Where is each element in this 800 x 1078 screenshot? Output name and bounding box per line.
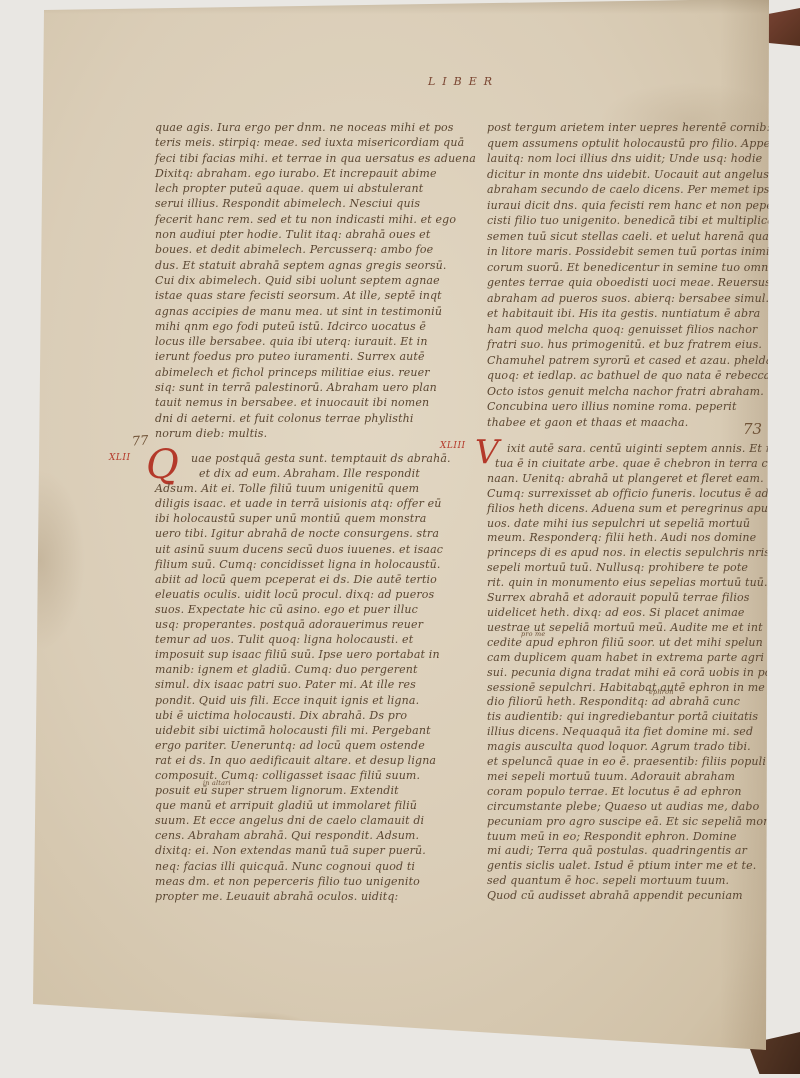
text-line: uae postquā gesta sunt. temptauit ds abr… — [155, 451, 440, 466]
text-line: composuit. Cumq: colligasset isaac filiū… — [155, 768, 440, 783]
text-line: pecuniam pro agro suscipe eā. Et sic sep… — [487, 815, 767, 830]
text-line: que manū et arripuit gladiū ut immolaret… — [155, 798, 440, 813]
text-line: boues. et dedit abimelech. Percusserq: a… — [155, 242, 440, 257]
text-line: ham quod melcha quoq: genuisset filios n… — [487, 322, 767, 338]
text-line: feci tibi facias mihi. et terrae in qua … — [155, 151, 440, 166]
text-line: semen tuū sicut stellas caeli. et uelut … — [487, 229, 767, 245]
text-line: thabee et gaon et thaas et maacha. — [487, 415, 767, 431]
text-line: ubi ē uictima holocausti. Dix abrahā. Ds… — [155, 708, 440, 723]
text-line: cisti filio tuo unigenito. benedicā tibi… — [487, 213, 767, 229]
text-line: cam duplicem quam habet in extrema parte… — [487, 651, 767, 666]
text-line: siq: sunt in terrā palestinorū. Abraham … — [155, 380, 440, 395]
text-line: meas dm. et non peperceris filio tuo uni… — [155, 874, 440, 889]
text-line: mihi qnm ego fodi puteū istū. Idcirco uo… — [155, 319, 440, 334]
text-line: uos. date mihi ius sepulchri ut sepeliā … — [487, 517, 767, 532]
text-line: ibi holocaustū super unū montiū quem mon… — [155, 511, 440, 526]
text-line: abiit ad locū quem pceperat ei ds. Die a… — [155, 572, 440, 587]
text-line: dixitq: ei. Non extendas manū tuā super … — [155, 843, 440, 858]
segment-genesis-22: uae postquā gesta sunt. temptauit ds abr… — [155, 451, 440, 904]
text-line: istae quas stare fecisti seorsum. At ill… — [155, 288, 440, 303]
text-line: Chamuhel patrem syrorū et cased et azau.… — [487, 353, 767, 369]
text-line: agnas accipies de manu mea. ut sint in t… — [155, 304, 440, 319]
text-line: illius dicens. Nequaquā ita fiet domine … — [487, 725, 767, 740]
segment-genesis-22-end: post tergum arietem inter uepres herentē… — [487, 120, 767, 430]
text-line: meum. Responderq: filii heth. Audi nos d… — [487, 531, 767, 546]
text-line: ergo pariter. Ueneruntq: ad locū quem os… — [155, 738, 440, 753]
text-line: usq: properantes. postquā adorauerimus r… — [155, 617, 440, 632]
text-line: tis audientib: qui ingrediebantur portā … — [487, 710, 767, 725]
manuscript-photo: { "photo": { "running_title": "LIBER", "… — [0, 0, 800, 1078]
text-line: dni di aeterni. et fuit colonus terrae p… — [155, 411, 440, 426]
text-line: Cumq: surrexisset ab officio funeris. lo… — [487, 487, 767, 502]
text-line: ixit autē sara. centū uiginti septem ann… — [487, 442, 767, 457]
text-line: filios heth dicens. Aduena sum et peregr… — [487, 502, 767, 517]
text-line: dicitur in monte dns uidebit. Uocauit au… — [487, 167, 767, 183]
text-line: sessionē sepulchri. Habitabat autē ephro… — [487, 681, 767, 696]
text-line: dio filiorū heth. Responditq: ad abrahā … — [487, 695, 767, 710]
text-line: locus ille bersabee. quia ibi uterq: iur… — [155, 334, 440, 349]
text-line: serui illius. Respondit abimelech. Nesci… — [155, 196, 440, 211]
text-line: princeps di es apud nos. in electis sepu… — [487, 546, 767, 561]
text-line: Octo istos genuit melcha nachor fratri a… — [487, 384, 767, 400]
text-line: sepeli mortuū tuū. Nullusq: prohibere te… — [487, 561, 767, 576]
text-line: suos. Expectate hic cū asino. ego et pue… — [155, 602, 440, 617]
text-line: quae agis. Iura ergo per dnm. ne noceas … — [155, 120, 440, 135]
text-line: ierunt foedus pro puteo iuramenti. Surre… — [155, 349, 440, 364]
chapter-number-left: XLII — [109, 453, 131, 463]
text-line: in litore maris. Possidebit semen tuū po… — [487, 244, 767, 260]
text-line: uero tibi. Igitur abrahā de nocte consur… — [155, 526, 440, 541]
text-line: Surrex abrahā et adorauit populū terrae … — [487, 591, 767, 606]
manuscript-page: LIBER 77 XLII XLIII 73 xl Q V in altari … — [0, 0, 800, 1078]
text-line: sed quantum ē hoc. sepeli mortuum tuum. — [487, 874, 767, 889]
chapter-number-right: XLIII — [440, 441, 466, 451]
text-line: propter me. Leuauit abrahā oculos. uidit… — [155, 889, 440, 904]
text-line: tua ē in ciuitate arbe. quae ē chebron i… — [487, 457, 767, 472]
running-title: LIBER — [428, 75, 499, 88]
text-line: abraham ad pueros suos. abierq: bersabee… — [487, 291, 767, 307]
text-line: filium suū. Cumq: concidisset ligna in h… — [155, 557, 440, 572]
text-line: corum suorū. Et benedicentur in semine t… — [487, 260, 767, 276]
text-line: rat ei ds. In quo aedificauit altare. et… — [155, 753, 440, 768]
text-line: Dixitq: abraham. ego iurabo. Et increpau… — [155, 166, 440, 181]
text-line: suum. Et ecce angelus dni de caelo clama… — [155, 813, 440, 828]
text-line: magis ausculta quod loquor. Agrum trado … — [487, 740, 767, 755]
text-line: gentis siclis ualet. Istud ē ptium inter… — [487, 859, 767, 874]
text-line: abimelech et fichol princeps militiae ei… — [155, 365, 440, 380]
text-line: naan. Uenitq: abrahā ut plangeret et fle… — [487, 472, 767, 487]
text-line: posuit eū super struem lignorum. Extendi… — [155, 783, 440, 798]
text-line: uidelicet heth. dixq: ad eos. Si placet … — [487, 606, 767, 621]
text-line: cedite apud ephron filiū soor. ut det mi… — [487, 636, 767, 651]
text-line: circumstante plebe; Quaeso ut audias me,… — [487, 800, 767, 815]
text-line: manib: ignem et gladiū. Cumq: duo perger… — [155, 662, 440, 677]
text-line: norum dieb: multis. — [155, 426, 440, 441]
segment-genesis-23: ixit autē sara. centū uiginti septem ann… — [487, 442, 767, 904]
text-line: Concubina uero illius nomine roma. peper… — [487, 399, 767, 415]
text-line: mi audi; Terra quā postulas. quadringent… — [487, 844, 767, 859]
text-line: non audiui pter hodie. Tulit itaq: abrah… — [155, 227, 440, 242]
text-line: temur ad uos. Tulit quoq: ligna holocaus… — [155, 632, 440, 647]
text-line: uidebit sibi uictimā holocausti fili mi.… — [155, 723, 440, 738]
text-line: simul. dix isaac patri suo. Pater mi. At… — [155, 677, 440, 692]
text-line: Quod cū audisset abrahā appendit pecunia… — [487, 889, 767, 904]
text-line: fratri suo. hus primogenitū. et buz frat… — [487, 337, 767, 353]
text-line: iuraui dicit dns. quia fecisti rem hanc … — [487, 198, 767, 214]
text-line: mei sepeli mortuū tuum. Adorauit abraham — [487, 770, 767, 785]
text-line: neq: facias illi quicquā. Nunc cognoui q… — [155, 859, 440, 874]
text-line: teris meis. stirpiq: meae. sed iuxta mis… — [155, 135, 440, 150]
text-line: et dix ad eum. Abraham. Ille respondit — [155, 466, 440, 481]
text-line: sui. pecunia digna tradat mihi eā corā u… — [487, 666, 767, 681]
text-line: Cui dix abimelech. Quid sibi uolunt sept… — [155, 273, 440, 288]
text-line: gentes terrae quia oboedisti uoci meae. … — [487, 275, 767, 291]
text-line: fecerit hanc rem. sed et tu non indicast… — [155, 212, 440, 227]
text-line: quem assumens optulit holocaustū pro fil… — [487, 136, 767, 152]
text-line: Adsum. Ait ei. Tolle filiū tuum unigenit… — [155, 481, 440, 496]
text-line: tauit nemus in bersabee. et inuocauit ib… — [155, 395, 440, 410]
text-line: cens. Abraham abrahā. Qui respondit. Ads… — [155, 828, 440, 843]
text-line: eleuatis oculis. uidit locū procul. dixq… — [155, 587, 440, 602]
text-line: uit asinū suum ducens secū duos iuuenes.… — [155, 542, 440, 557]
text-line: pondit. Quid uis fili. Ecce inquit ignis… — [155, 693, 440, 708]
text-line: lech propter puteū aquae. quem ui abstul… — [155, 181, 440, 196]
text-line: quoq: et iedlap. ac bathuel de quo nata … — [487, 368, 767, 384]
text-line: coram populo terrae. Et locutus ē ad eph… — [487, 785, 767, 800]
text-line: imposuit sup isaac filiū suū. Ipse uero … — [155, 647, 440, 662]
text-line: dus. Et statuit abrahā septem agnas greg… — [155, 258, 440, 273]
text-line: lauitq: nom loci illius dns uidit; Unde … — [487, 151, 767, 167]
text-line: rit. quin in monumento eius sepelias mor… — [487, 576, 767, 591]
text-line: tuum meū in eo; Respondit ephron. Domine — [487, 830, 767, 845]
text-line: uestrae ut sepeliā mortuū meū. Audite me… — [487, 621, 767, 636]
text-line: abraham secundo de caelo dicens. Per mem… — [487, 182, 767, 198]
text-line: diligis isaac. et uade in terrā uisionis… — [155, 496, 440, 511]
text-line: et habitauit ibi. His ita gestis. nuntia… — [487, 306, 767, 322]
segment-genesis-21: quae agis. Iura ergo per dnm. ne noceas … — [155, 120, 440, 441]
text-line: et speluncā quae in eo ē. praesentib: fi… — [487, 755, 767, 770]
text-line: post tergum arietem inter uepres herentē… — [487, 120, 767, 136]
